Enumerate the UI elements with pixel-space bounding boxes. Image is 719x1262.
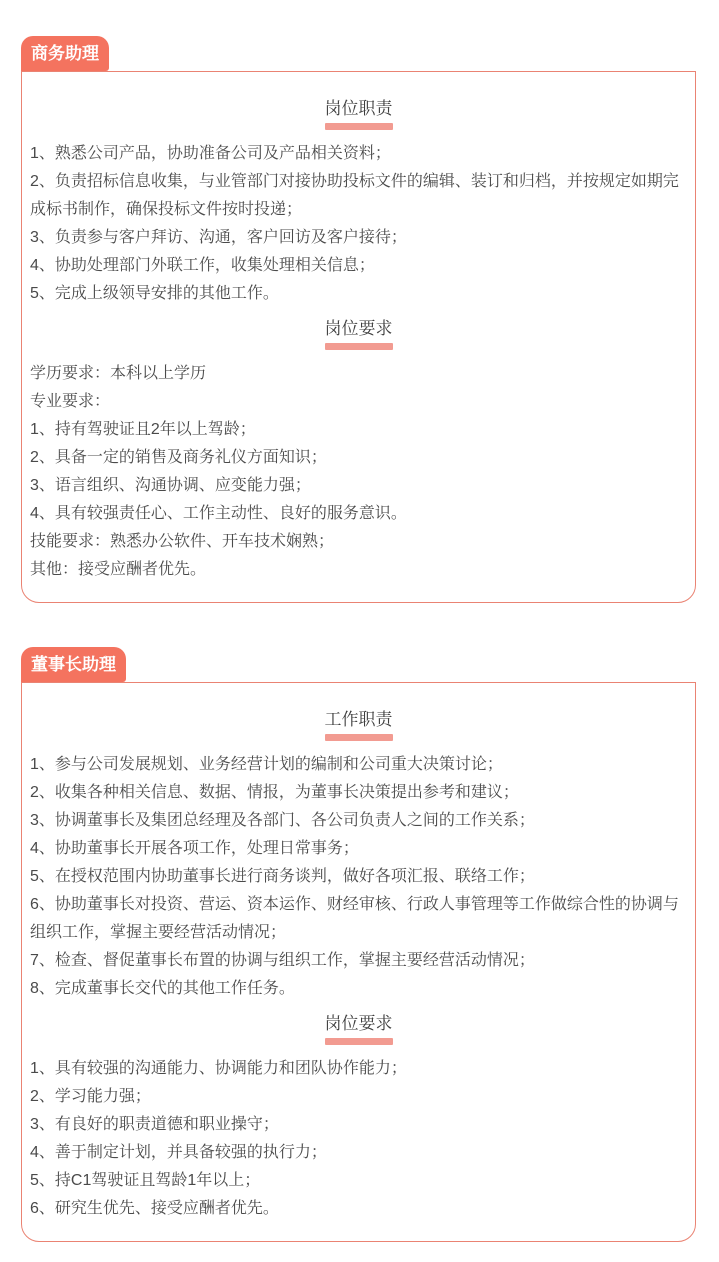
section-requirements: 岗位要求 1、具有较强的沟通能力、协调能力和团队协作能力； 2、学习能力强； 3… xyxy=(30,1013,687,1223)
list-item: 3、语言组织、沟通协调、应变能力强； xyxy=(30,472,687,500)
heading-underline xyxy=(325,343,393,350)
list-item: 2、负责招标信息收集，与业管部门对接协助投标文件的编辑、装订和归档，并按规定如期… xyxy=(30,168,687,224)
list-item: 2、收集各种相关信息、数据、情报，为董事长决策提出参考和建议； xyxy=(30,779,687,807)
list-item: 5、在授权范围内协助董事长进行商务谈判，做好各项汇报、联络工作； xyxy=(30,863,687,891)
section-heading: 岗位要求 xyxy=(30,1013,687,1035)
job-title-badge: 董事长助理 xyxy=(21,647,126,682)
list-item: 5、持C1驾驶证且驾龄1年以上； xyxy=(30,1167,687,1195)
list-item: 3、负责参与客户拜访、沟通，客户回访及客户接待； xyxy=(30,224,687,252)
section-responsibilities: 岗位职责 1、熟悉公司产品，协助准备公司及产品相关资料； 2、负责招标信息收集，… xyxy=(30,98,687,308)
list-item: 技能要求：熟悉办公软件、开车技术娴熟； xyxy=(30,528,687,556)
list-item: 其他：接受应酬者优先。 xyxy=(30,556,687,584)
list-item: 3、协调董事长及集团总经理及各部门、各公司负责人之间的工作关系； xyxy=(30,807,687,835)
list-item: 6、协助董事长对投资、营运、资本运作、财经审核、行政人事管理等工作做综合性的协调… xyxy=(30,891,687,947)
section-heading: 工作职责 xyxy=(30,709,687,731)
item-list: 1、具有较强的沟通能力、协调能力和团队协作能力； 2、学习能力强； 3、有良好的… xyxy=(30,1055,687,1223)
section-responsibilities: 工作职责 1、参与公司发展规划、业务经营计划的编制和公司重大决策讨论； 2、收集… xyxy=(30,709,687,1003)
job-postings-page: 商务助理 岗位职责 1、熟悉公司产品，协助准备公司及产品相关资料； 2、负责招标… xyxy=(0,0,719,1262)
list-item: 2、学习能力强； xyxy=(30,1083,687,1111)
list-item: 6、研究生优先、接受应酬者优先。 xyxy=(30,1195,687,1223)
item-list: 学历要求：本科以上学历 专业要求： 1、持有驾驶证且2年以上驾龄； 2、具备一定… xyxy=(30,360,687,584)
list-item: 4、协助处理部门外联工作，收集处理相关信息； xyxy=(30,252,687,280)
job-title-badge: 商务助理 xyxy=(21,36,109,71)
heading-underline xyxy=(325,123,393,130)
list-item: 学历要求：本科以上学历 xyxy=(30,360,687,388)
list-item: 8、完成董事长交代的其他工作任务。 xyxy=(30,975,687,1003)
list-item: 1、参与公司发展规划、业务经营计划的编制和公司重大决策讨论； xyxy=(30,751,687,779)
list-item: 1、持有驾驶证且2年以上驾龄； xyxy=(30,416,687,444)
item-list: 1、熟悉公司产品，协助准备公司及产品相关资料； 2、负责招标信息收集，与业管部门… xyxy=(30,140,687,308)
list-item: 7、检查、督促董事长布置的协调与组织工作，掌握主要经营活动情况； xyxy=(30,947,687,975)
job-card-business-assistant: 商务助理 岗位职责 1、熟悉公司产品，协助准备公司及产品相关资料； 2、负责招标… xyxy=(21,36,696,603)
heading-underline xyxy=(325,1038,393,1045)
job-card-body: 岗位职责 1、熟悉公司产品，协助准备公司及产品相关资料； 2、负责招标信息收集，… xyxy=(21,71,696,603)
job-card-chairman-assistant: 董事长助理 工作职责 1、参与公司发展规划、业务经营计划的编制和公司重大决策讨论… xyxy=(21,647,696,1242)
section-requirements: 岗位要求 学历要求：本科以上学历 专业要求： 1、持有驾驶证且2年以上驾龄； 2… xyxy=(30,318,687,584)
section-heading: 岗位职责 xyxy=(30,98,687,120)
list-item: 5、完成上级领导安排的其他工作。 xyxy=(30,280,687,308)
section-heading: 岗位要求 xyxy=(30,318,687,340)
list-item: 专业要求： xyxy=(30,388,687,416)
item-list: 1、参与公司发展规划、业务经营计划的编制和公司重大决策讨论； 2、收集各种相关信… xyxy=(30,751,687,1003)
list-item: 1、熟悉公司产品，协助准备公司及产品相关资料； xyxy=(30,140,687,168)
list-item: 2、具备一定的销售及商务礼仪方面知识； xyxy=(30,444,687,472)
list-item: 4、协助董事长开展各项工作，处理日常事务； xyxy=(30,835,687,863)
heading-underline xyxy=(325,734,393,741)
list-item: 1、具有较强的沟通能力、协调能力和团队协作能力； xyxy=(30,1055,687,1083)
job-card-body: 工作职责 1、参与公司发展规划、业务经营计划的编制和公司重大决策讨论； 2、收集… xyxy=(21,682,696,1242)
list-item: 4、具有较强责任心、工作主动性、良好的服务意识。 xyxy=(30,500,687,528)
list-item: 4、善于制定计划，并具备较强的执行力； xyxy=(30,1139,687,1167)
list-item: 3、有良好的职责道德和职业操守； xyxy=(30,1111,687,1139)
